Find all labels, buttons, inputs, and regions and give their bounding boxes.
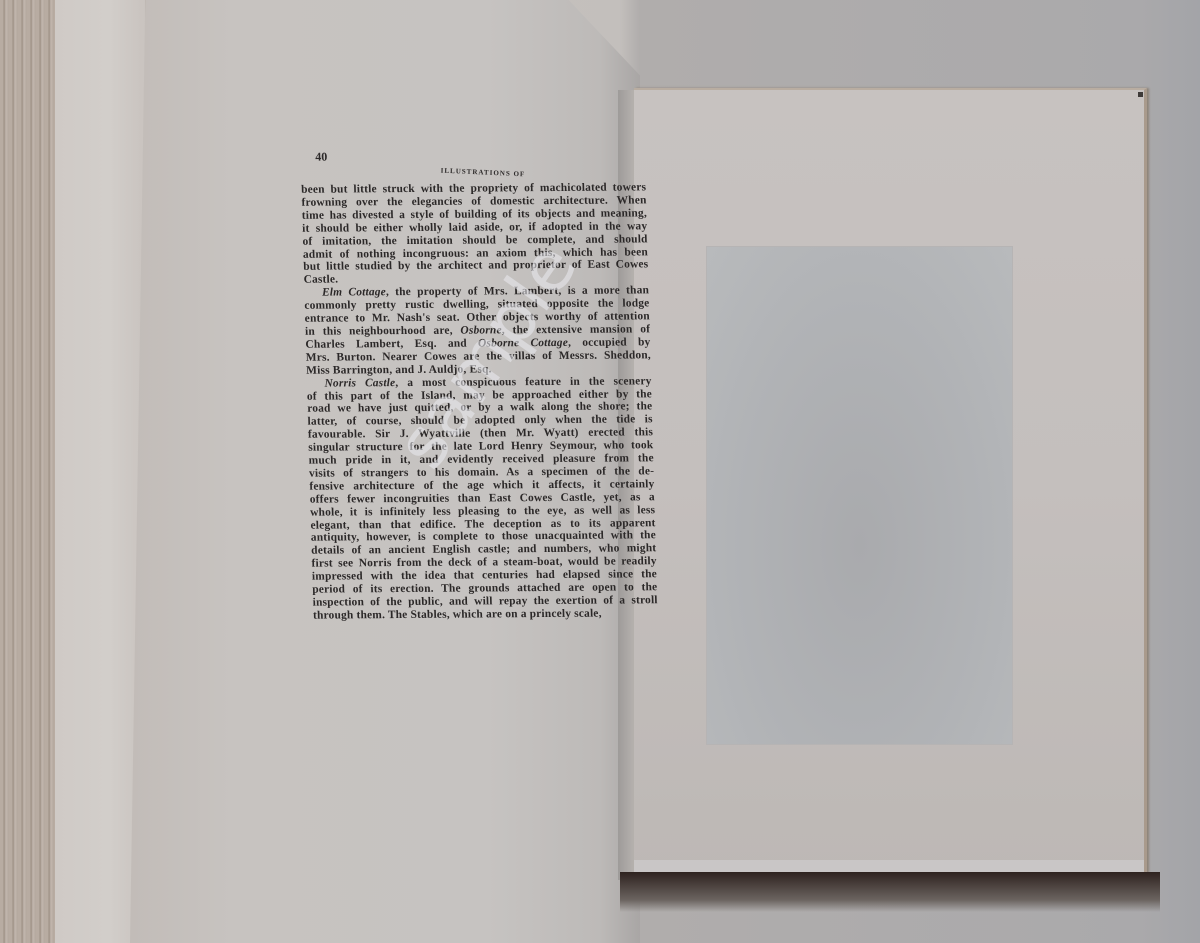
book-shadow [620,872,1160,912]
illustration-plate [706,246,1013,745]
book-photo: 40 ILLUSTRATIONS OF been but little stru… [0,0,1200,943]
page-mark [1138,92,1143,97]
text-line: Mrs. Burton. Nearer Cowes are the villas… [306,349,651,364]
text-line: inspection of the public, and will repay… [312,594,657,609]
page-number: 40 [315,150,327,165]
plate-image-area [707,247,1012,744]
text-line: through them. The Stables, which are on … [313,607,658,622]
page-edges [0,0,60,943]
body-text: been but little struck with the propriet… [301,181,658,622]
